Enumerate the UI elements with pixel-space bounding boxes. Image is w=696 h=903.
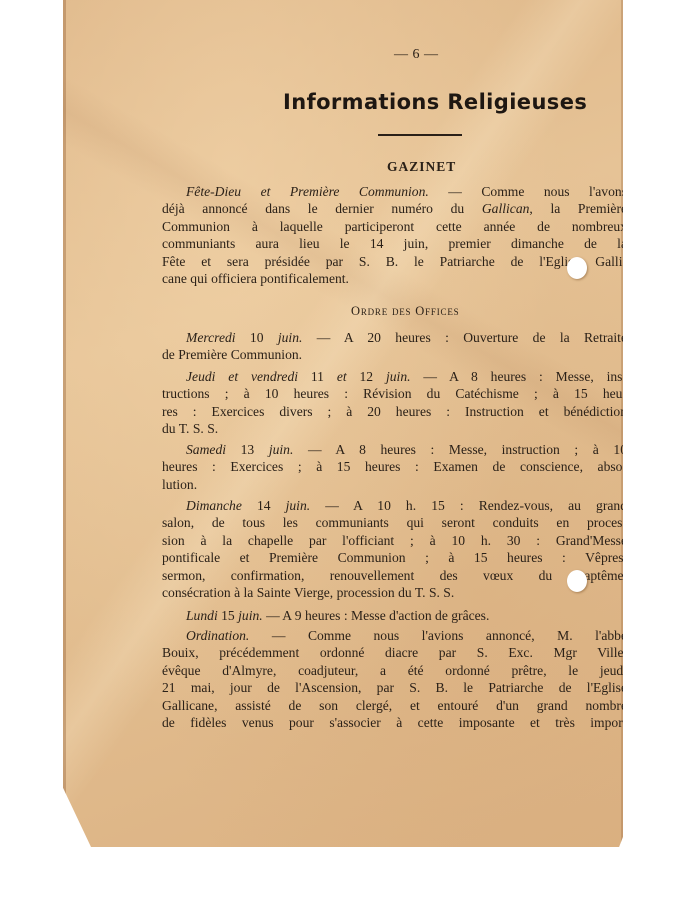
text-line: — A 10 h. 15 : Rendez-vous, au grand [310,498,627,513]
text-line: 11 [298,369,337,384]
text-line: consécration à la Sainte Vierge, process… [162,584,627,601]
schedule-dimanche: Dimanche 14 juin. — A 10 h. 15 : Rendez-… [162,497,627,601]
text-line: pontificale et Première Communion ; à 15… [162,549,627,566]
text-line: juin. [269,442,294,457]
text-line: sermon, confirmation, renouvellement des… [162,567,627,584]
schedule-samedi: Samedi 13 juin. — A 8 heures : Messe, in… [162,441,627,493]
text-line: de fidèles venus pour s'associer à cette… [162,714,627,731]
text-line: — A 8 heures : Messe, instruction ; à 10 [293,442,627,457]
text-line: et [337,369,347,384]
text-line: — A 9 heures : Messe d'action de grâces. [263,608,490,623]
text-line: communiants aura lieu le 14 juin, premie… [162,235,627,252]
text-line: 12 [347,369,386,384]
schedule-day: Jeudi et vendredi [186,369,298,384]
text-line: — Comme nous l'avons [429,184,627,199]
text-line: juin. [386,369,411,384]
schedule-jeudi-vendredi: Jeudi et vendredi 11 et 12 juin. — A 8 h… [162,368,627,438]
text-line: , la Première [529,201,627,216]
text-line: 13 [226,442,269,457]
text-line: sion à la chapelle par l'officiant ; à 1… [162,532,627,549]
subheading-ordre-des-offices: Ordre des Offices [351,303,459,320]
text-line: de Première Communion. [162,346,627,363]
text-line: cane qui officiera pontificalement. [162,270,627,287]
text-line: heures : Exercices ; à 15 heures : Exame… [162,458,627,475]
section-heading: GAZINET [387,158,456,175]
schedule-lundi: Lundi 15 juin. — A 9 heures : Messe d'ac… [162,607,627,624]
text-line: — Comme nous l'avions annoncé, M. l'abbé [249,628,627,643]
text-line: Bouix, précédemment ordonné diacre par S… [162,644,627,661]
text-line: 15 [218,608,238,623]
paragraph-lead: Fête-Dieu et Première Communion. [186,184,429,199]
title-rule [378,134,462,136]
text-line: salon, de tous les communiants qui seron… [162,514,627,531]
schedule-day: Dimanche [186,498,242,513]
text-line: 10 [236,330,278,345]
text-line: 14 [242,498,286,513]
document-page: — 6 — Informations Religieuses GAZINET F… [63,0,623,847]
text-line: 21 mai, jour de l'Ascension, par S. B. l… [162,679,627,696]
text-line: déjà annoncé dans le dernier numéro du [162,201,482,216]
text-line: lution. [162,476,627,493]
text-line: tructions ; à 10 heures : Révision du Ca… [162,385,627,402]
text-line: Fête et sera présidée par S. B. le Patri… [162,253,627,270]
paragraph-fete-dieu: Fête-Dieu et Première Communion. — Comme… [162,183,627,287]
publication-name: Gallican [482,201,530,216]
paragraph-ordination: Ordination. — Comme nous l'avions annonc… [162,627,627,731]
schedule-day: Mercredi [186,330,236,345]
text-line: du T. S. S. [162,420,627,437]
text-line: — A 8 heures : Messe, ins- [411,369,628,384]
text-line: Gallicane, assisté de son clergé, et ent… [162,697,627,714]
schedule-mercredi: Mercredi 10 juin. — A 20 heures : Ouvert… [162,329,627,364]
schedule-day: Lundi [186,608,218,623]
text-line: évêque d'Almyre, coadjuteur, a été ordon… [162,662,627,679]
punch-hole [567,257,587,279]
text-line: res : Exercices divers ; à 20 heures : I… [162,403,627,420]
paragraph-lead: Ordination. [186,628,249,643]
page-edge-left [63,0,66,847]
page-number: — 6 — [394,46,439,63]
text-line: juin. [278,330,303,345]
punch-hole [567,570,587,592]
text-line: Communion à laquelle participeront cette… [162,218,627,235]
page-title: Informations Religieuses [283,94,587,111]
text-line: — A 20 heures : Ouverture de la Retraite [302,330,627,345]
text-line: juin. [286,498,311,513]
text-line: juin. [238,608,263,623]
schedule-day: Samedi [186,442,226,457]
